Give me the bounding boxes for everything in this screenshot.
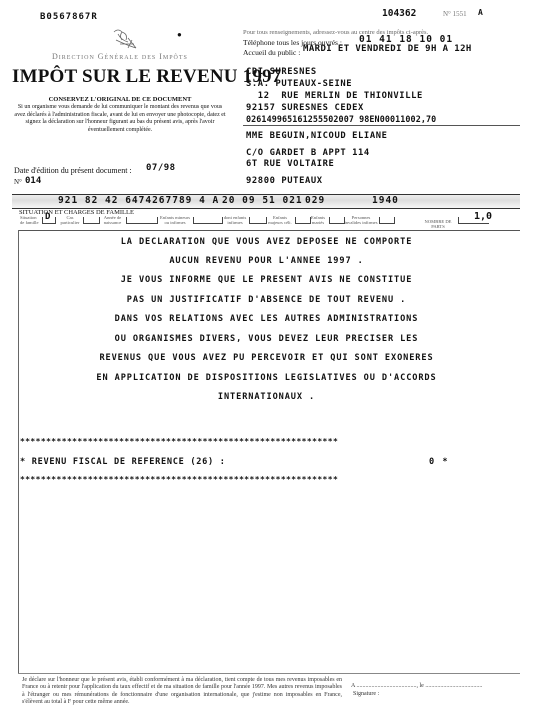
family-field-label: Situation de famille xyxy=(20,215,42,225)
family-field-box xyxy=(126,217,158,224)
message-line: DANS VOS RELATIONS AVEC LES AUTRES ADMIN… xyxy=(0,314,533,324)
reference-income-value: 0 * xyxy=(429,457,449,467)
divider xyxy=(243,125,520,126)
edition-date-label: Date d'édition du présent document : xyxy=(14,166,132,175)
id-code-2: 029 xyxy=(305,195,325,206)
family-field-box xyxy=(249,217,267,224)
stars-divider: ****************************************… xyxy=(20,475,338,484)
form-suffix: A xyxy=(478,8,483,17)
message-line: JE VOUS INFORME QUE LE PRESENT AVIS NE C… xyxy=(0,275,533,285)
recipient-name: MME BEGUIN,NICOUD ELIANE xyxy=(246,131,388,141)
family-field-label: Personnes invalides infirmes xyxy=(344,215,378,225)
stars-divider: ****************************************… xyxy=(20,437,338,446)
message-line: OU ORGANISMES DIVERS, VOUS DEVEZ LEUR PR… xyxy=(0,334,533,344)
keep-original-notice: CONSERVEZ L'ORIGINAL DE CE DOCUMENT Si u… xyxy=(14,96,226,134)
message-line: INTERNATIONAUX . xyxy=(0,392,533,402)
reference-code: B0567867R xyxy=(40,12,98,22)
family-field-box xyxy=(83,217,100,224)
family-field-box xyxy=(193,217,223,224)
place-date-line[interactable]: A ......................................… xyxy=(351,683,482,689)
edition-no-label: N° xyxy=(14,178,22,186)
family-field-label: Enfants majeurs céli. xyxy=(266,215,294,225)
agency-name: Direction Générale des Impôts xyxy=(52,52,188,61)
document-number: 104362 xyxy=(382,8,416,19)
message-line: PAS UN JUSTIFICATIF D'ABSENCE DE TOUT RE… xyxy=(0,295,533,305)
recipient-address-1: C/O GARDET B APPT 114 xyxy=(246,148,370,158)
tax-center-line: CDI SURESNES xyxy=(246,67,317,77)
tax-center-line: 12 RUE MERLIN DE THIONVILLE xyxy=(246,91,423,101)
family-field-label: Année de naissance xyxy=(100,215,125,225)
message-line: LA DECLARATION QUE VOUS AVEZ DEPOSEE NE … xyxy=(0,237,533,247)
edition-no-value: 014 xyxy=(25,176,41,186)
reference-income-label: * REVENU FISCAL DE REFERENCE (26) : xyxy=(20,457,226,467)
footer-divider xyxy=(18,673,520,674)
recipient-address-2: 6T RUE VOLTAIRE xyxy=(246,159,334,169)
tax-center-line: 92157 SURESNES CEDEX xyxy=(246,103,364,113)
reception-hours: MARDI ET VENDREDI DE 9H A 12H xyxy=(303,44,472,54)
family-field-box xyxy=(329,217,345,224)
reception-label: Accueil du public : xyxy=(243,48,300,57)
form-number: N° 1551 xyxy=(443,10,467,18)
family-situation-value: D xyxy=(45,212,50,222)
message-line: AUCUN REVENU POUR L'ANNEE 1997 . xyxy=(0,256,533,266)
family-field-label: dont enfants infirmes xyxy=(222,215,248,225)
honor-declaration: Je déclare sur l'honneur que le présent … xyxy=(22,677,342,707)
marianne-logo-icon xyxy=(108,28,144,50)
keep-notice-title: CONSERVEZ L'ORIGINAL DE CE DOCUMENT xyxy=(49,96,192,103)
family-field-label: Enfants mineurs ou infirmes xyxy=(158,215,192,225)
family-field-box xyxy=(379,217,395,224)
signature-label: Signature : xyxy=(353,691,379,697)
family-field-label: Enfants mariés xyxy=(308,215,328,225)
document-title: IMPÔT SUR LE REVENU 1997 xyxy=(12,66,281,88)
parts-label: NOMBRE DE PARTS xyxy=(418,219,458,229)
birth-year: 1940 xyxy=(372,195,399,206)
message-line: REVENUS QUE VOUS AVEZ PU PERCEVOIR ET QU… xyxy=(0,353,533,363)
recipient-city: 92800 PUTEAUX xyxy=(246,176,323,186)
parts-value: 1,0 xyxy=(474,211,492,222)
fiscal-number: 921 82 42 6474267789 4 A xyxy=(58,195,219,206)
tax-center-code: 026149965161255502007 98EN00011002,70 xyxy=(246,114,436,124)
keep-notice-text: Si un organisme vous demande de lui comm… xyxy=(14,104,225,132)
dot-mark: ● xyxy=(177,30,182,39)
message-line: EN APPLICATION DE DISPOSITIONS LEGISLATI… xyxy=(0,373,533,383)
id-code: 20 09 51 021 xyxy=(222,195,303,206)
family-field-label: Cas particulier xyxy=(58,215,82,225)
tax-center-line: S.A. PUTEAUX-SEINE xyxy=(246,79,352,89)
edition-date-value: 07/98 xyxy=(146,163,176,173)
